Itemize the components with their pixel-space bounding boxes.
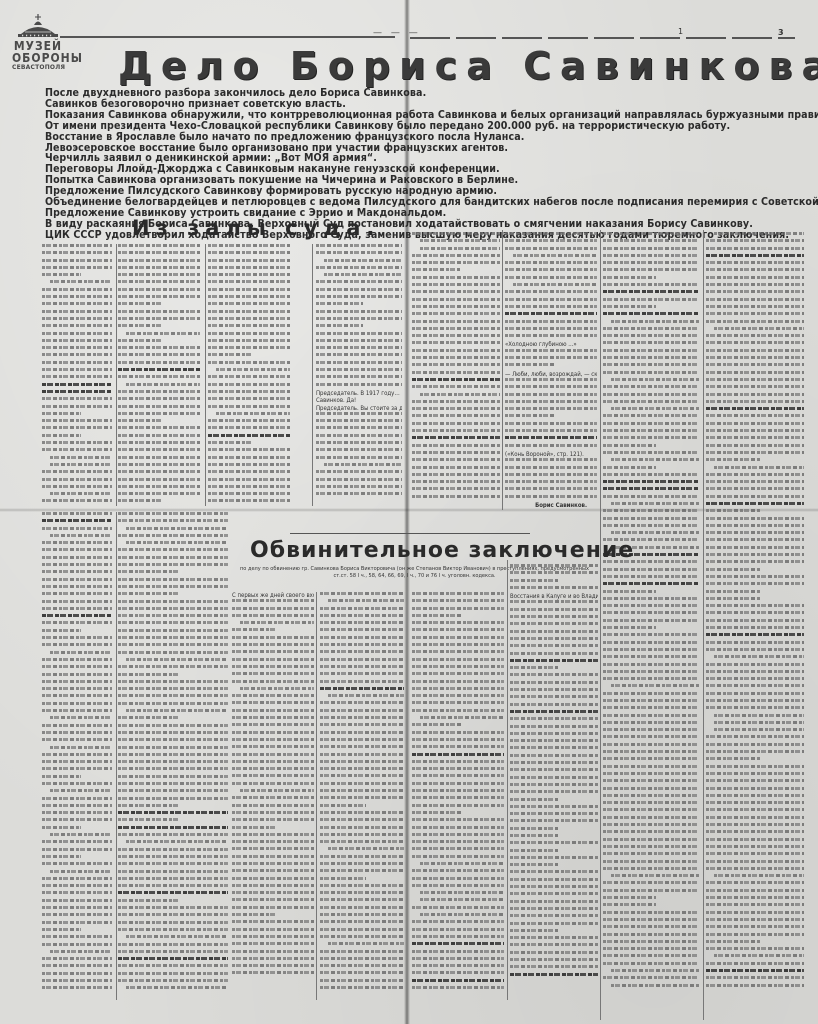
text-line bbox=[510, 600, 598, 603]
text-line bbox=[603, 699, 699, 702]
text-line bbox=[611, 502, 699, 505]
text-line bbox=[208, 383, 290, 386]
text-line bbox=[232, 774, 314, 777]
text-line bbox=[208, 317, 290, 320]
text-line bbox=[706, 801, 804, 804]
text-line bbox=[603, 371, 699, 374]
text-line bbox=[412, 341, 500, 344]
text-line bbox=[412, 495, 500, 498]
text-line bbox=[320, 833, 404, 836]
text-line bbox=[510, 615, 598, 618]
text-line bbox=[42, 324, 112, 327]
text-line bbox=[42, 687, 112, 690]
text-line bbox=[510, 958, 598, 961]
text-line bbox=[412, 877, 504, 880]
text-line bbox=[42, 405, 112, 408]
text-line bbox=[505, 290, 597, 293]
text-line bbox=[510, 659, 598, 662]
text-line bbox=[232, 877, 314, 880]
text-line bbox=[118, 753, 228, 756]
text-line bbox=[320, 818, 404, 821]
text-line bbox=[706, 838, 804, 841]
text-line bbox=[510, 768, 598, 771]
text-line bbox=[42, 680, 112, 683]
text-line bbox=[706, 575, 804, 578]
text-line bbox=[412, 261, 500, 264]
text-line bbox=[320, 738, 404, 741]
text-line bbox=[603, 298, 699, 301]
text-line bbox=[412, 884, 504, 887]
text-line bbox=[316, 353, 402, 356]
text-line bbox=[208, 332, 290, 335]
text-line bbox=[42, 855, 81, 858]
text-line bbox=[706, 524, 804, 527]
text-line bbox=[412, 356, 500, 359]
text-line bbox=[706, 772, 804, 775]
text-line bbox=[232, 701, 314, 704]
text-line bbox=[706, 670, 804, 673]
text-line bbox=[208, 470, 290, 473]
text-line bbox=[412, 767, 504, 770]
text-line bbox=[706, 604, 804, 607]
text-line bbox=[232, 884, 314, 887]
text-line bbox=[316, 485, 402, 488]
text-line bbox=[118, 702, 228, 705]
text-line bbox=[603, 750, 699, 753]
text-line bbox=[510, 965, 598, 968]
text-line bbox=[505, 298, 597, 301]
text-line bbox=[232, 957, 314, 960]
text-line bbox=[126, 383, 200, 386]
text-line bbox=[510, 929, 558, 932]
text-line bbox=[42, 448, 112, 451]
text-line bbox=[118, 636, 228, 639]
text-line bbox=[42, 891, 112, 894]
text-line bbox=[603, 706, 699, 709]
text-line bbox=[42, 302, 112, 305]
text-line bbox=[316, 375, 402, 378]
text-line bbox=[232, 709, 314, 712]
text-line bbox=[316, 332, 402, 335]
text-line bbox=[316, 310, 402, 313]
text-line bbox=[505, 407, 597, 410]
text-line bbox=[510, 870, 598, 873]
text-line bbox=[505, 320, 597, 323]
text-line bbox=[320, 862, 404, 865]
text-line bbox=[714, 728, 804, 731]
text-line bbox=[706, 633, 804, 636]
text-line bbox=[208, 259, 290, 262]
text-line bbox=[603, 830, 699, 833]
text-line bbox=[510, 608, 598, 611]
text-line bbox=[706, 582, 804, 585]
text-line bbox=[320, 964, 404, 967]
text-line bbox=[510, 900, 598, 903]
text-line bbox=[706, 940, 760, 943]
text-line bbox=[320, 796, 404, 799]
text-line bbox=[320, 650, 404, 653]
text-line bbox=[510, 666, 558, 669]
text-line bbox=[706, 706, 804, 709]
text-line bbox=[510, 936, 598, 939]
column-divider bbox=[600, 230, 601, 1020]
text-line bbox=[118, 570, 179, 573]
text-line bbox=[603, 954, 699, 957]
text-line bbox=[118, 972, 228, 975]
text-line bbox=[706, 765, 804, 768]
text-line bbox=[42, 767, 112, 770]
text-line bbox=[118, 899, 179, 902]
text-line bbox=[42, 709, 112, 712]
text-line bbox=[232, 833, 314, 836]
text-line bbox=[208, 434, 290, 437]
text-line bbox=[118, 716, 179, 719]
text-line bbox=[118, 295, 200, 298]
text-line bbox=[118, 405, 200, 408]
text-line bbox=[118, 434, 200, 437]
text-line bbox=[510, 703, 598, 706]
text-line bbox=[706, 808, 804, 811]
text-line bbox=[505, 466, 597, 469]
summary-line: От имени президента Чехо-Словацкой респу… bbox=[45, 121, 785, 132]
text-line bbox=[603, 633, 699, 636]
text-line bbox=[510, 776, 598, 779]
text-line bbox=[118, 512, 228, 515]
text-line bbox=[126, 840, 228, 843]
text-line bbox=[706, 641, 804, 644]
text-line bbox=[505, 495, 597, 498]
text-line bbox=[118, 310, 200, 313]
text-line bbox=[505, 444, 597, 447]
text-fragment: «Холодною глубиною ...» bbox=[505, 341, 597, 348]
text-line bbox=[510, 827, 558, 830]
text-line bbox=[706, 393, 804, 396]
text-line bbox=[603, 582, 699, 585]
text-line bbox=[316, 251, 402, 254]
text-line bbox=[118, 913, 228, 916]
text-line bbox=[714, 327, 804, 330]
text-line bbox=[505, 400, 597, 403]
text-line bbox=[510, 571, 598, 574]
text-line bbox=[706, 546, 804, 549]
text-line bbox=[603, 341, 699, 344]
text-line bbox=[706, 509, 760, 512]
text-line bbox=[603, 911, 699, 914]
text-line bbox=[316, 266, 402, 269]
text-line bbox=[603, 509, 699, 512]
text-line bbox=[208, 397, 290, 400]
text-line bbox=[611, 458, 699, 461]
text-line bbox=[118, 353, 200, 356]
text-line bbox=[208, 353, 253, 356]
text-line bbox=[706, 247, 804, 250]
text-line bbox=[320, 753, 404, 756]
text-line bbox=[510, 812, 598, 815]
text-line bbox=[603, 327, 699, 330]
text-line bbox=[118, 928, 228, 931]
text-line bbox=[316, 324, 363, 327]
text-line bbox=[50, 870, 112, 873]
text-fragment: — Люби, люби, возрождай, — сказал... bbox=[505, 371, 597, 378]
text-line bbox=[603, 794, 699, 797]
text-line bbox=[42, 541, 112, 544]
text-line bbox=[603, 845, 699, 848]
text-line bbox=[42, 288, 112, 291]
logo-line-defense: ОБОРОНЫ bbox=[12, 52, 64, 64]
text-line bbox=[232, 650, 314, 653]
text-line bbox=[603, 772, 699, 775]
text-line bbox=[118, 375, 200, 378]
text-fragment: Председатель. В 1917 году… bbox=[316, 390, 402, 397]
text-line bbox=[603, 305, 656, 308]
text-line bbox=[706, 590, 760, 593]
text-line bbox=[510, 754, 598, 757]
text-line bbox=[603, 436, 699, 439]
text-line bbox=[320, 979, 404, 982]
text-line bbox=[412, 986, 504, 989]
text-line bbox=[412, 745, 504, 748]
column-5-top bbox=[412, 232, 500, 506]
text-line bbox=[320, 986, 404, 989]
text-line bbox=[510, 863, 558, 866]
text-line bbox=[412, 964, 504, 967]
text-line bbox=[232, 745, 314, 748]
text-line bbox=[118, 782, 228, 785]
column-8 bbox=[706, 232, 804, 1000]
text-line bbox=[118, 456, 200, 459]
text-line bbox=[118, 629, 228, 632]
text-line bbox=[42, 346, 112, 349]
text-line bbox=[42, 884, 112, 887]
text-line bbox=[412, 621, 504, 624]
text-line bbox=[316, 383, 402, 386]
text-line bbox=[42, 390, 112, 393]
text-line bbox=[706, 414, 804, 417]
text-line bbox=[603, 290, 699, 293]
text-line bbox=[603, 743, 699, 746]
text-line bbox=[232, 840, 314, 843]
text-line bbox=[216, 412, 290, 415]
text-line bbox=[208, 346, 290, 349]
text-line bbox=[412, 701, 504, 704]
text-line bbox=[603, 517, 699, 520]
text-line bbox=[42, 629, 81, 632]
text-line bbox=[510, 819, 598, 822]
text-line bbox=[118, 324, 163, 327]
text-line bbox=[126, 986, 228, 989]
text-line bbox=[510, 681, 598, 684]
text-line bbox=[603, 976, 699, 979]
text-line bbox=[706, 648, 804, 651]
text-line bbox=[420, 862, 504, 865]
text-line bbox=[232, 950, 314, 953]
column-divider bbox=[116, 244, 117, 506]
text-line bbox=[118, 492, 200, 495]
text-line bbox=[232, 767, 314, 770]
text-line bbox=[320, 607, 404, 610]
text-line bbox=[603, 816, 699, 819]
text-line bbox=[412, 694, 504, 697]
text-line bbox=[714, 954, 804, 957]
text-line bbox=[324, 259, 402, 262]
text-line bbox=[320, 869, 404, 872]
text-line bbox=[232, 891, 314, 894]
text-line bbox=[706, 619, 804, 622]
text-line bbox=[706, 422, 804, 425]
text-line bbox=[603, 480, 699, 483]
text-line bbox=[42, 470, 112, 473]
text-line bbox=[126, 332, 200, 335]
text-line bbox=[118, 775, 228, 778]
text-line bbox=[412, 920, 504, 923]
text-line bbox=[208, 251, 290, 254]
text-line bbox=[232, 643, 314, 646]
text-line bbox=[42, 935, 112, 938]
text-line bbox=[412, 592, 504, 595]
text-line bbox=[510, 579, 558, 582]
text-line bbox=[706, 276, 804, 279]
text-line bbox=[320, 906, 404, 909]
text-line bbox=[42, 862, 112, 865]
text-line bbox=[714, 466, 804, 469]
text-line bbox=[118, 979, 228, 982]
text-line bbox=[42, 921, 112, 924]
text-line bbox=[316, 295, 402, 298]
text-line bbox=[603, 735, 699, 738]
headline: Дело Бориса Савинкова. bbox=[118, 44, 798, 88]
text-line bbox=[320, 723, 404, 726]
text-line bbox=[232, 935, 314, 938]
text-line bbox=[603, 655, 699, 658]
text-line bbox=[118, 921, 228, 924]
text-line bbox=[706, 283, 804, 286]
text-line bbox=[510, 564, 598, 567]
text-line bbox=[42, 375, 112, 378]
text-line bbox=[232, 738, 314, 741]
text-line bbox=[706, 750, 804, 753]
text-line bbox=[505, 422, 597, 425]
text-line bbox=[706, 947, 804, 950]
text-line bbox=[603, 487, 699, 490]
text-line bbox=[208, 426, 290, 429]
text-line bbox=[603, 852, 699, 855]
column-1-top bbox=[42, 244, 112, 506]
text-line bbox=[510, 622, 598, 625]
text-line bbox=[42, 694, 112, 697]
text-line bbox=[603, 363, 699, 366]
text-line bbox=[232, 913, 277, 916]
text-line bbox=[706, 896, 804, 899]
text-line bbox=[118, 251, 200, 254]
text-line bbox=[412, 436, 500, 439]
text-line bbox=[611, 378, 699, 381]
text-line bbox=[42, 724, 112, 727]
text-line bbox=[42, 434, 81, 437]
text-line bbox=[118, 426, 200, 429]
text-line bbox=[118, 534, 228, 537]
text-line bbox=[505, 378, 597, 381]
text-line bbox=[42, 943, 112, 946]
text-line bbox=[232, 760, 314, 763]
text-line bbox=[118, 804, 179, 807]
text-line bbox=[316, 244, 402, 247]
text-line bbox=[510, 943, 598, 946]
text-line bbox=[232, 731, 314, 734]
text-line bbox=[412, 833, 504, 836]
text-line bbox=[510, 790, 598, 793]
text-line bbox=[412, 950, 504, 953]
text-line bbox=[412, 774, 504, 777]
text-line bbox=[42, 775, 81, 778]
text-line bbox=[118, 870, 228, 873]
text-line bbox=[320, 811, 404, 814]
text-line bbox=[118, 548, 228, 551]
text-line bbox=[706, 735, 804, 738]
text-line bbox=[118, 448, 200, 451]
text-line bbox=[42, 760, 112, 763]
text-line bbox=[603, 808, 699, 811]
text-line bbox=[603, 276, 656, 279]
text-line bbox=[706, 692, 804, 695]
text-line bbox=[412, 254, 500, 257]
text-line bbox=[706, 517, 804, 520]
text-line bbox=[320, 687, 404, 690]
indictment-top-rule bbox=[290, 533, 530, 534]
text-line bbox=[118, 585, 228, 588]
text-line bbox=[412, 429, 500, 432]
text-line bbox=[412, 731, 504, 734]
text-line bbox=[603, 903, 656, 906]
text-line bbox=[42, 636, 112, 639]
text-line bbox=[118, 673, 179, 676]
text-line bbox=[510, 892, 598, 895]
text-line bbox=[316, 441, 402, 444]
text-line bbox=[412, 760, 504, 763]
text-line bbox=[603, 757, 699, 760]
text-line bbox=[510, 951, 598, 954]
text-line bbox=[42, 485, 112, 488]
text-line bbox=[42, 592, 112, 595]
text-line bbox=[42, 826, 81, 829]
text-line bbox=[42, 317, 112, 320]
text-line bbox=[603, 728, 699, 731]
text-line bbox=[603, 896, 656, 899]
text-line bbox=[118, 273, 200, 276]
text-line bbox=[412, 672, 504, 675]
text-line bbox=[412, 628, 504, 631]
text-line bbox=[320, 898, 404, 901]
text-line bbox=[706, 867, 804, 870]
text-line bbox=[316, 361, 402, 364]
text-line bbox=[510, 746, 598, 749]
text-line bbox=[232, 971, 314, 974]
text-line bbox=[42, 548, 112, 551]
text-line bbox=[42, 295, 112, 298]
text-line bbox=[510, 885, 598, 888]
text-line bbox=[706, 538, 804, 541]
text-line bbox=[50, 492, 112, 495]
text-line bbox=[510, 644, 598, 647]
text-line bbox=[118, 957, 228, 960]
text-line bbox=[216, 368, 290, 371]
text-line bbox=[714, 721, 804, 724]
text-line bbox=[603, 860, 699, 863]
text-line bbox=[208, 463, 290, 466]
text-line bbox=[320, 891, 404, 894]
text-line bbox=[603, 889, 699, 892]
text-line bbox=[412, 971, 504, 974]
text-line bbox=[208, 478, 290, 481]
